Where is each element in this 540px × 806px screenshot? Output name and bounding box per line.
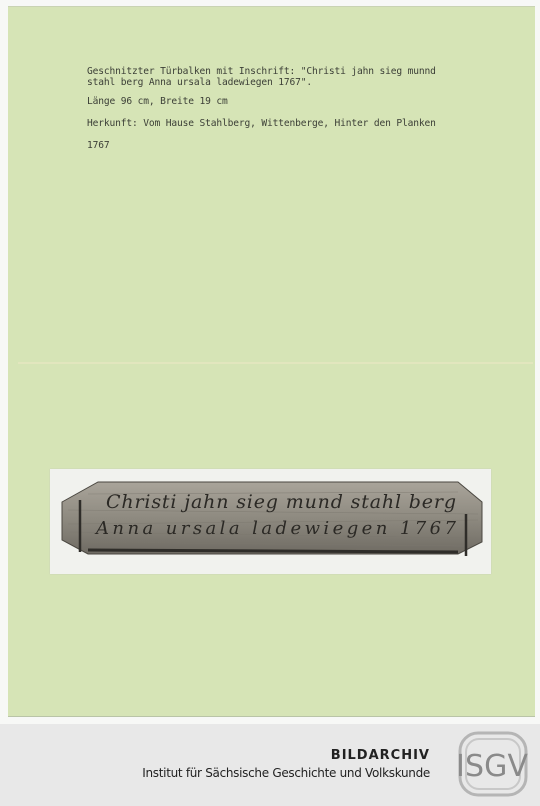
archive-label: BILDARCHIV xyxy=(331,748,430,763)
institute-name: Institut für Sächsische Geschichte und V… xyxy=(142,766,430,780)
logo-text: ISGV xyxy=(456,749,528,784)
isgv-logo-icon: ISGV xyxy=(452,730,532,798)
carved-beam-image: Christi jahn sieg mund stahl berg Anna u… xyxy=(58,480,484,559)
card-typed-text: Geschnitzter Türbalken mit Inschrift: "C… xyxy=(87,66,527,151)
door-beam-photo: Christi jahn sieg mund stahl berg Anna u… xyxy=(50,469,491,574)
origin-line: Herkunft: Vom Hause Stahlberg, Wittenber… xyxy=(87,118,527,129)
year-line: 1767 xyxy=(87,140,527,151)
dimensions-line: Länge 96 cm, Breite 19 cm xyxy=(87,96,527,107)
description-line-2: stahl berg Anna ursala ladewiegen 1767". xyxy=(87,77,527,88)
description-line-1: Geschnitzter Türbalken mit Inschrift: "C… xyxy=(87,66,527,77)
inscription-line-2: Anna ursala ladewiegen 1767 xyxy=(94,518,457,539)
inscription-line-1: Christi jahn sieg mund stahl berg xyxy=(106,491,456,513)
card-fold-line xyxy=(18,362,533,364)
